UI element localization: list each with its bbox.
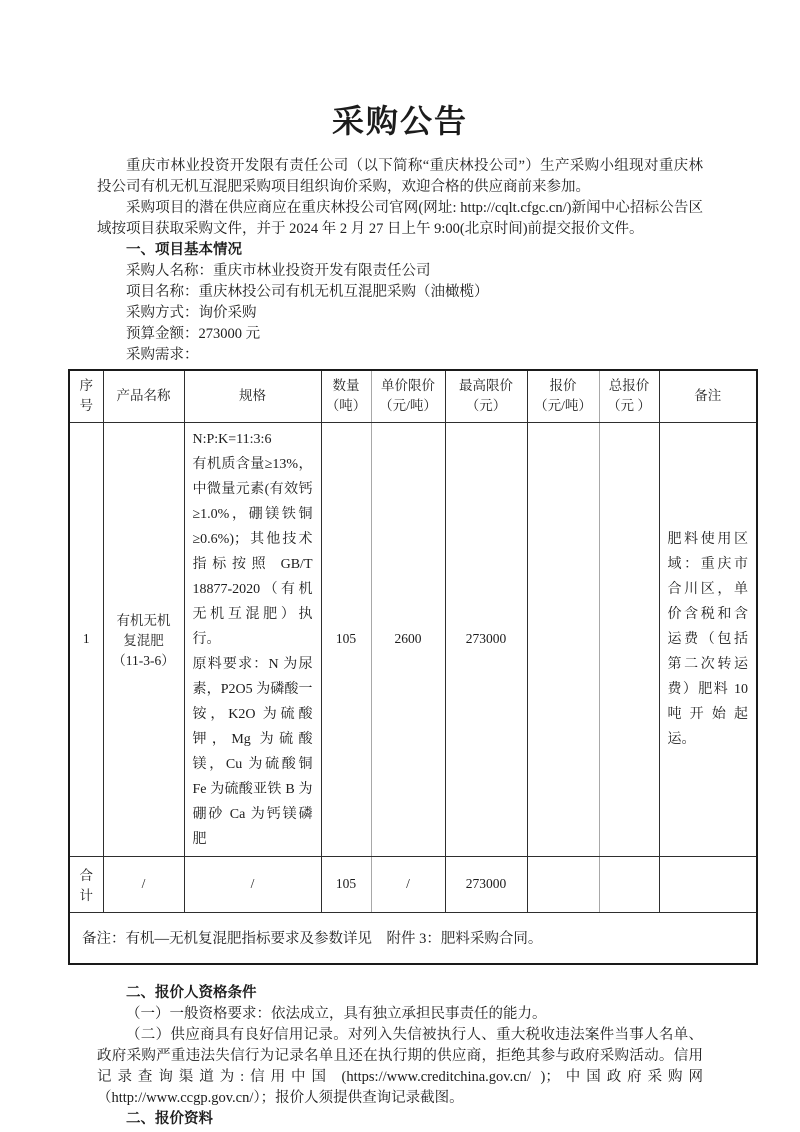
intro-paragraphs: 重庆市林业投资开发限有责任公司（以下简称“重庆林投公司”）生产采购小组现对重庆林… <box>97 156 703 366</box>
cell-qty: 105 <box>321 422 371 856</box>
intro-paragraph-1: 重庆市林业投资开发限有责任公司（以下简称“重庆林投公司”）生产采购小组现对重庆林… <box>97 156 703 198</box>
header-quote: 报价 （元/吨） <box>527 370 599 422</box>
cell-unit-price: 2600 <box>371 422 445 856</box>
header-unit-price: 单价限价 （元/吨） <box>371 370 445 422</box>
demand-line: 采购需求： <box>97 345 703 366</box>
page-title: 采购公告 <box>0 0 800 142</box>
header-qty: 数量 （吨） <box>321 370 371 422</box>
section2-heading: 二、报价人资格条件 <box>97 983 703 1004</box>
buyer-name-line: 采购人名称：重庆市林业投资开发有限责任公司 <box>97 261 703 282</box>
qualification-section: 二、报价人资格条件 （一）一般资格要求：依法成立，具有独立承担民事责任的能力。 … <box>97 983 703 1130</box>
total-unit-price: / <box>371 856 445 912</box>
table-header-row: 序 号 产品名称 规格 数量 （吨） 单价限价 （元/吨） 最高限价 （元） 报… <box>69 370 757 422</box>
total-total-quote <box>599 856 659 912</box>
cell-spec: N:P:K=11:3:6 有机质含量≥13%，中微量元素(有效钙≥1.0%，硼镁… <box>184 422 321 856</box>
section1-heading: 一、项目基本情况 <box>97 240 703 261</box>
header-spec: 规格 <box>184 370 321 422</box>
budget-line: 预算金额：273000 元 <box>97 324 703 345</box>
cell-remark: 肥料使用区域：重庆市合川区，单价含税和含运费（包括第二次转运费）肥料 10 吨开… <box>659 422 757 856</box>
cell-product: 有机无机 复混肥 （11-3-6） <box>103 422 184 856</box>
qualification-item-1: （一）一般资格要求：依法成立，具有独立承担民事责任的能力。 <box>97 1004 703 1025</box>
intro-paragraph-2: 采购项目的潜在供应商应在重庆林投公司官网(网址: http://cqlt.cfg… <box>97 198 703 240</box>
header-seq: 序 号 <box>69 370 103 422</box>
header-total-quote: 总报价 （元 ） <box>599 370 659 422</box>
total-product: / <box>103 856 184 912</box>
cell-total-quote <box>599 422 659 856</box>
table-note: 备注：有机—无机复混肥指标要求及参数详见 附件 3：肥料采购合同。 <box>69 912 757 964</box>
total-max-price: 273000 <box>445 856 527 912</box>
header-product: 产品名称 <box>103 370 184 422</box>
total-spec: / <box>184 856 321 912</box>
total-quote <box>527 856 599 912</box>
qualification-item-2: （二）供应商具有良好信用记录。对列入失信被执行人、重大税收违法案件当事人名单、政… <box>97 1025 703 1109</box>
header-max-price: 最高限价 （元） <box>445 370 527 422</box>
document-page: 采购公告 重庆市林业投资开发限有责任公司（以下简称“重庆林投公司”）生产采购小组… <box>0 0 800 1132</box>
cell-max-price: 273000 <box>445 422 527 856</box>
total-label: 合 计 <box>69 856 103 912</box>
total-remark <box>659 856 757 912</box>
table-note-row: 备注：有机—无机复混肥指标要求及参数详见 附件 3：肥料采购合同。 <box>69 912 757 964</box>
procurement-table: 序 号 产品名称 规格 数量 （吨） 单价限价 （元/吨） 最高限价 （元） 报… <box>68 369 758 965</box>
table-total-row: 合 计 / / 105 / 273000 <box>69 856 757 912</box>
header-remark: 备注 <box>659 370 757 422</box>
procurement-method-line: 采购方式：询价采购 <box>97 303 703 324</box>
total-qty: 105 <box>321 856 371 912</box>
table-row: 1 有机无机 复混肥 （11-3-6） N:P:K=11:3:6 有机质含量≥1… <box>69 422 757 856</box>
cell-seq: 1 <box>69 422 103 856</box>
section3-heading: 二、报价资料 <box>97 1109 703 1130</box>
cell-quote <box>527 422 599 856</box>
project-name-line: 项目名称：重庆林投公司有机无机互混肥采购（油橄榄） <box>97 282 703 303</box>
